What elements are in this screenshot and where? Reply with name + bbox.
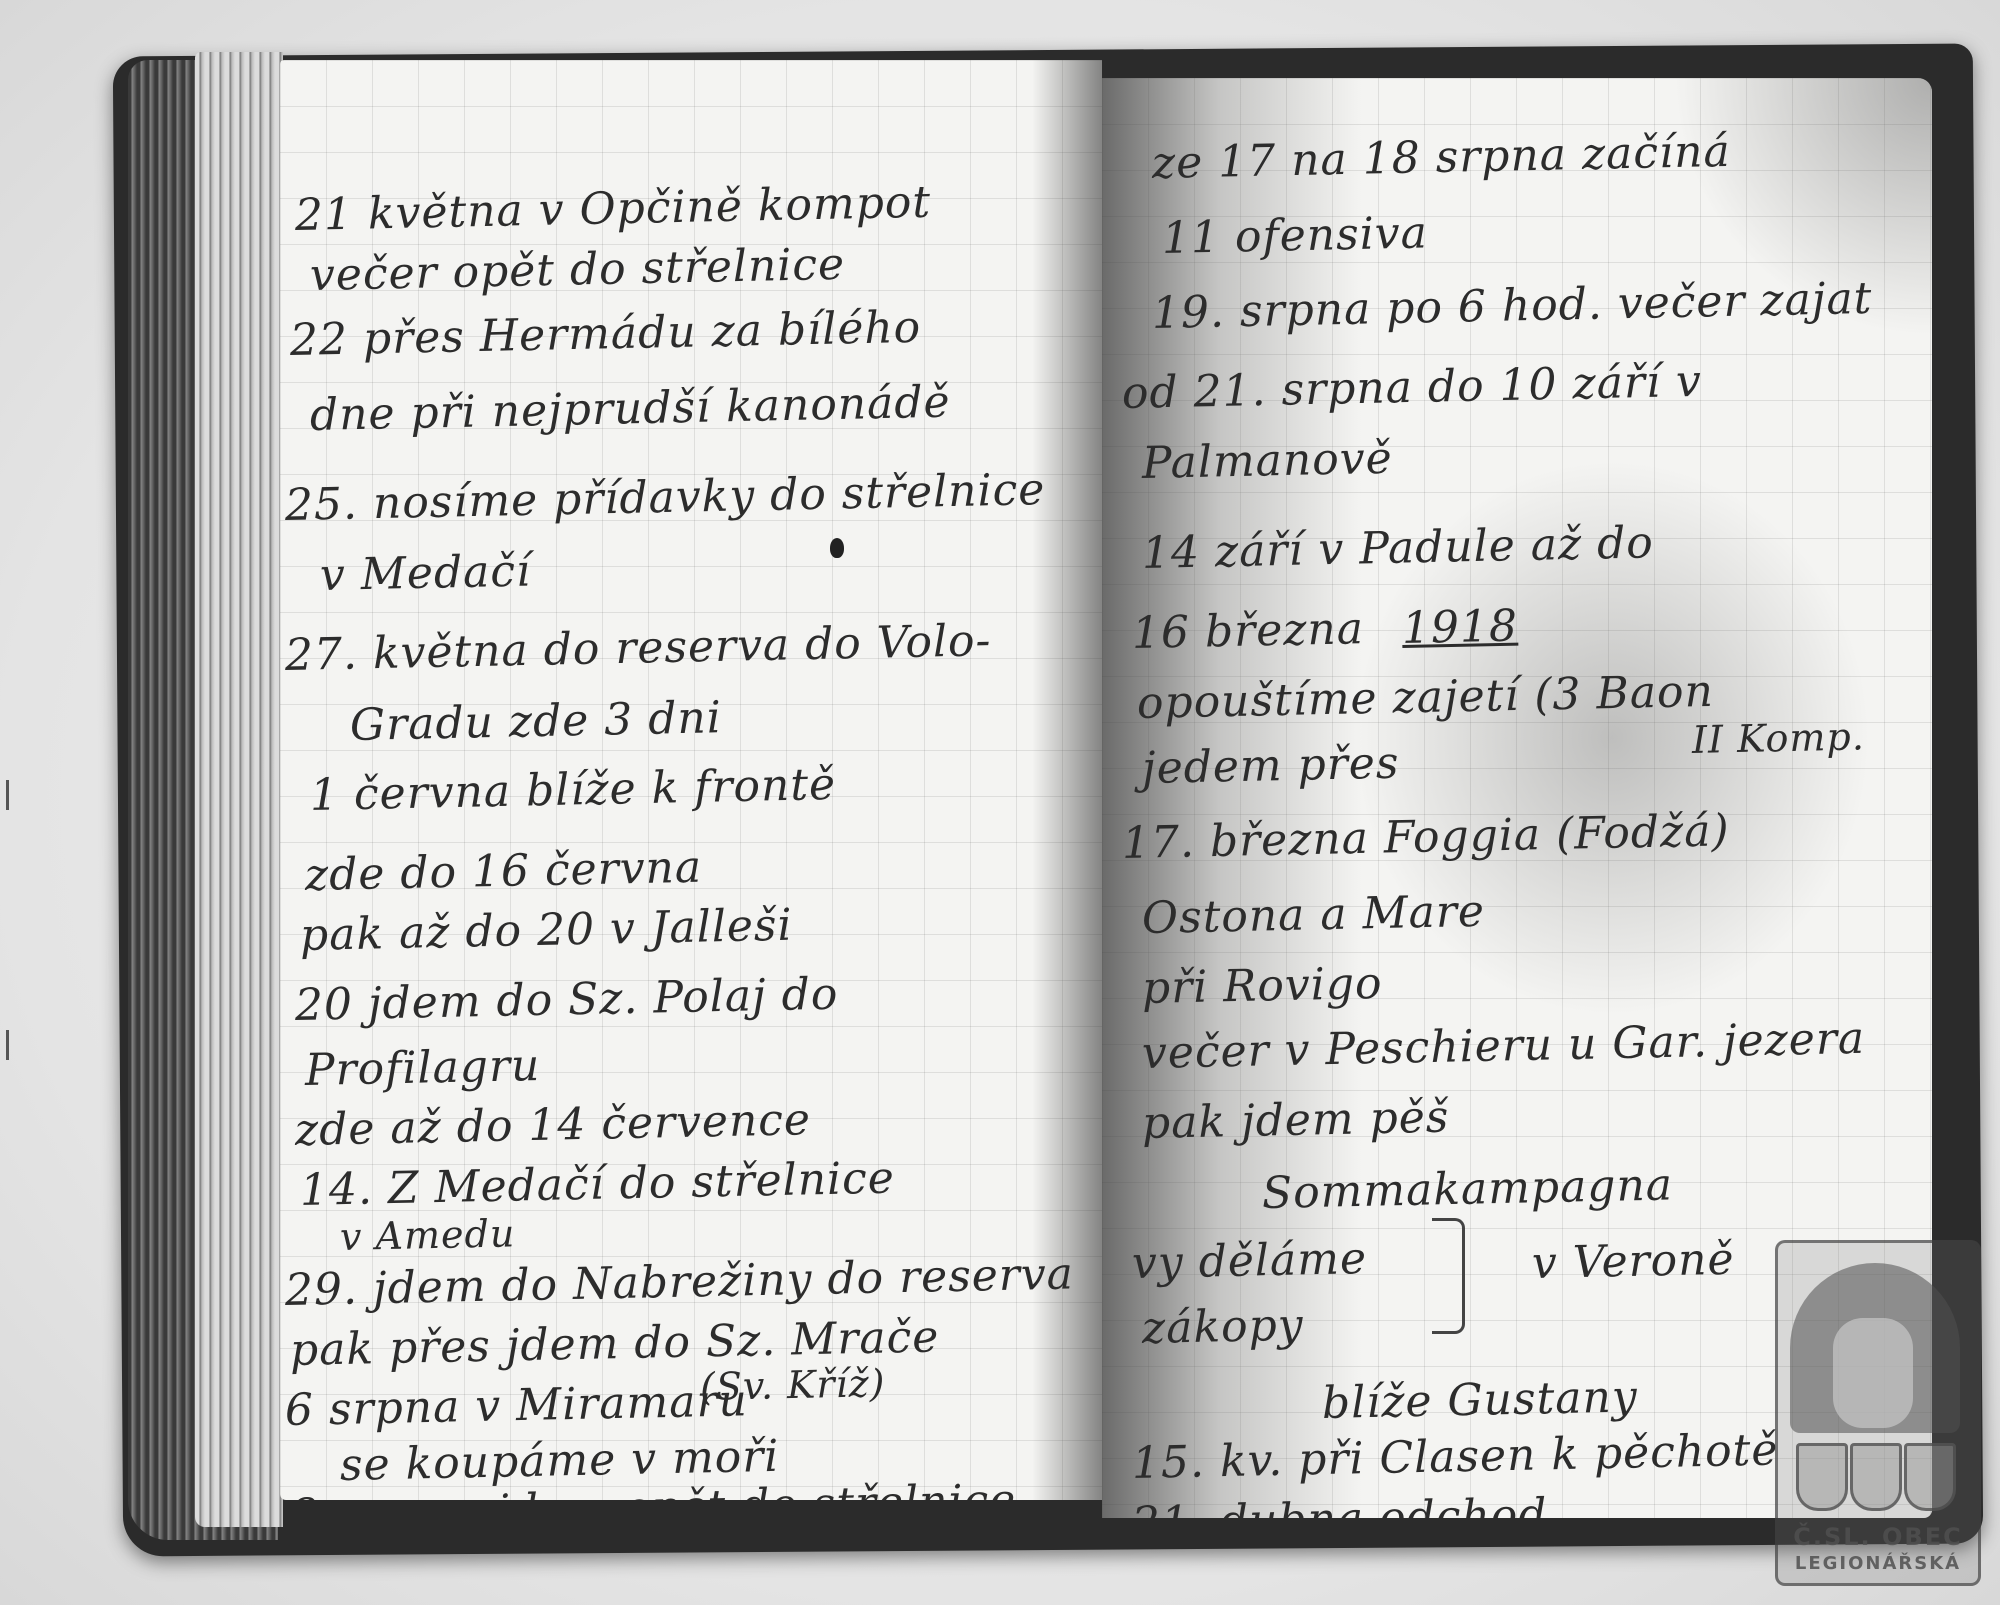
diary-line: 22 přes Hermádu za bílého [289,302,921,366]
diary-line: II Komp. [1692,714,1866,762]
page-stack-edge [195,52,283,1527]
left-page: 21 května v Opčině kompot večer opět do … [280,60,1102,1500]
diary-line: v Amedu [340,1211,516,1259]
diary-line: 14 září v Padule až do [1141,517,1654,579]
diary-line: zde do 16 června [304,842,702,901]
bracket-mark [1432,1218,1465,1334]
diary-line: zde až do 14 července [294,1094,811,1156]
diary-line: 1 června blíže k frontě [309,759,836,821]
diary-line: Gradu zde 3 dni [349,692,722,751]
soldier-face-icon [1833,1318,1913,1428]
diary-line: 17. března Foggia (Fodžá) [1121,805,1730,869]
diary-line: v Veroně [1531,1234,1735,1289]
diary-line: 25. nosíme přídavky do střelnice [284,464,1045,531]
diary-line: 11 ofensiva [1161,207,1428,264]
diary-line: 27. května do reserva do Volo- [284,615,991,681]
stamp-text-line2: LEGIONÁŘSKÁ [1778,1553,1978,1574]
diary-line: 20 jdem do Sz. Polaj do [294,969,838,1031]
left-page-text: 21 května v Opčině kompot večer opět do … [280,60,1102,1500]
diary-line: 19. srpna po 6 hod. večer zajat [1151,273,1872,339]
stamp-text-line1: Č.SL. OBEC [1778,1523,1978,1551]
diary-line: Sommakampagna [1261,1159,1673,1219]
diary-line: dne při nejprudší kanonádě [309,377,951,441]
diary-line: 21. dubna odchod [1131,1489,1547,1518]
ink-blot [830,538,844,558]
diary-line: Ostona a Mare [1141,886,1485,944]
diary-line: pak až do 20 v Jalleši [299,900,793,961]
legion-association-stamp: Č.SL. OBEC LEGIONÁŘSKÁ [1775,1240,1981,1586]
diary-line: blíže Gustany [1321,1371,1638,1429]
year-1918: 1918 [1401,601,1518,654]
margin-mark [6,780,9,810]
diary-line: pak jdem pěš [1141,1092,1449,1149]
diary-line: zákopy [1141,1300,1304,1354]
diary-line: 14. Z Medačí do střelnice [299,1153,895,1216]
diary-line: při Rovigo [1141,958,1382,1014]
shield-icon [1796,1443,1848,1511]
diary-line: 29. jdem do Nabrežiny do reserva [284,1248,1074,1316]
shield-icon [1850,1443,1902,1511]
diary-line: 16 března [1131,603,1364,659]
diary-line: jedem přes [1141,738,1399,794]
diary-line: 21 května v Opčině kompot [294,177,931,241]
diary-line: opouštíme zajetí (3 Baon [1136,666,1714,729]
diary-line: 6 srpna v Miramaru [284,1375,748,1436]
diary-line: v Medačí [319,546,531,601]
diary-line: ze 17 na 18 srpna začíná [1151,126,1731,189]
coat-of-arms-icons [1796,1443,1956,1513]
diary-line: vy děláme [1131,1233,1367,1289]
diary-line: večer opět do střelnice [309,239,845,301]
shield-icon [1904,1443,1956,1511]
scanned-diary: 21 května v Opčině kompot večer opět do … [0,0,2000,1605]
margin-mark [6,1030,9,1060]
diary-line: Palmanově [1141,433,1393,489]
diary-line: od 21. srpna do 10 září v [1121,356,1702,419]
diary-line: večer v Peschieru u Gar. jezera [1141,1013,1865,1079]
diary-line: 15. kv. při Clasen k pěchotě [1131,1424,1778,1489]
diary-line: Profilagru [304,1040,540,1096]
